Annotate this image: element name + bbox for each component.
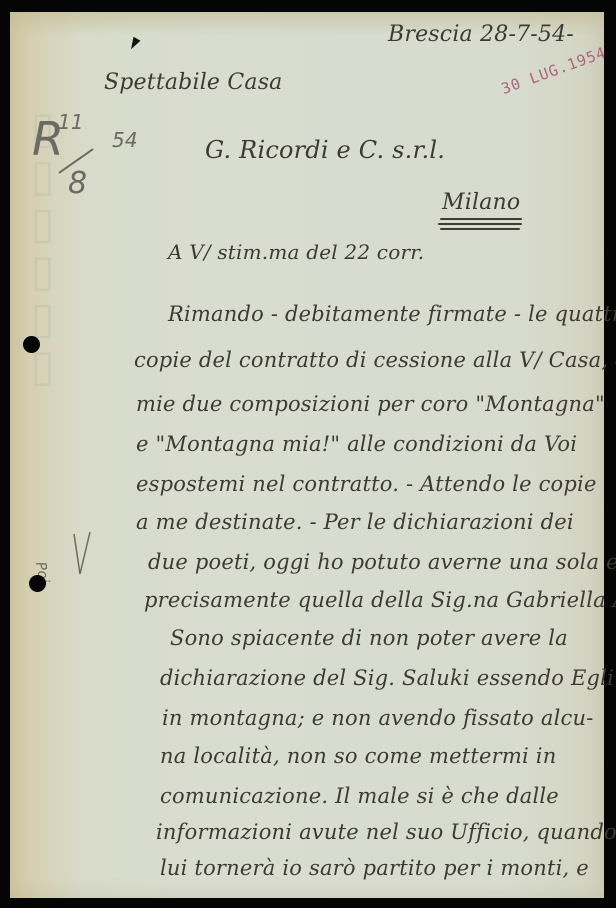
body-line: due poeti, oggi ho potuto averne una sol… — [148, 550, 616, 574]
body-line: na località, non so come mettermi in — [160, 744, 556, 768]
recipient-city: Milano — [442, 190, 520, 215]
body-line: Rimando - debitamente firmate - le quatt… — [168, 302, 616, 326]
city-underline-3 — [440, 228, 520, 230]
body-line: espostemi nel contratto. - Attendo le co… — [136, 472, 597, 496]
salutation: Spettabile Casa — [104, 70, 283, 95]
margin-fraction-bottom: 8 — [68, 166, 87, 201]
city-underline-2 — [438, 223, 522, 225]
body-line: Sono spiacente di non poter avere la — [170, 626, 568, 650]
pencil-check-icon — [72, 530, 92, 578]
body-line: mie due composizioni per coro "Montagna" — [136, 392, 605, 416]
margin-year: 54 — [112, 128, 138, 152]
body-line: e "Montagna mia!" alle condizioni da Voi — [136, 432, 577, 456]
body-line: precisamente quella della Sig.na Gabriel… — [144, 588, 616, 612]
body-line: a me destinate. - Per le dichiarazioni d… — [136, 510, 574, 534]
body-line: dichiarazione del Sig. Saluki essendo Eg… — [160, 666, 614, 690]
body-line: lui tornerà io sarò partito per i monti,… — [160, 856, 589, 880]
punch-hole-lower — [29, 575, 46, 592]
margin-fraction-top: 11 — [58, 110, 84, 134]
city-underline-1 — [440, 218, 522, 220]
body-line: informazioni avute nel suo Ufficio, quan… — [156, 820, 616, 844]
recipient-name: G. Ricordi e C. s.r.l. — [205, 136, 445, 164]
reference-line: A V/ stim.ma del 22 corr. — [168, 240, 424, 264]
punch-hole-upper — [23, 336, 40, 353]
place-date: Brescia 28-7-54- — [388, 22, 574, 47]
body-line: copie del contratto di cessione alla V/ … — [134, 348, 616, 372]
body-line: comunicazione. Il male si è che dalle — [160, 784, 559, 808]
body-line: in montagna; e non avendo fissato alcu- — [162, 706, 594, 730]
